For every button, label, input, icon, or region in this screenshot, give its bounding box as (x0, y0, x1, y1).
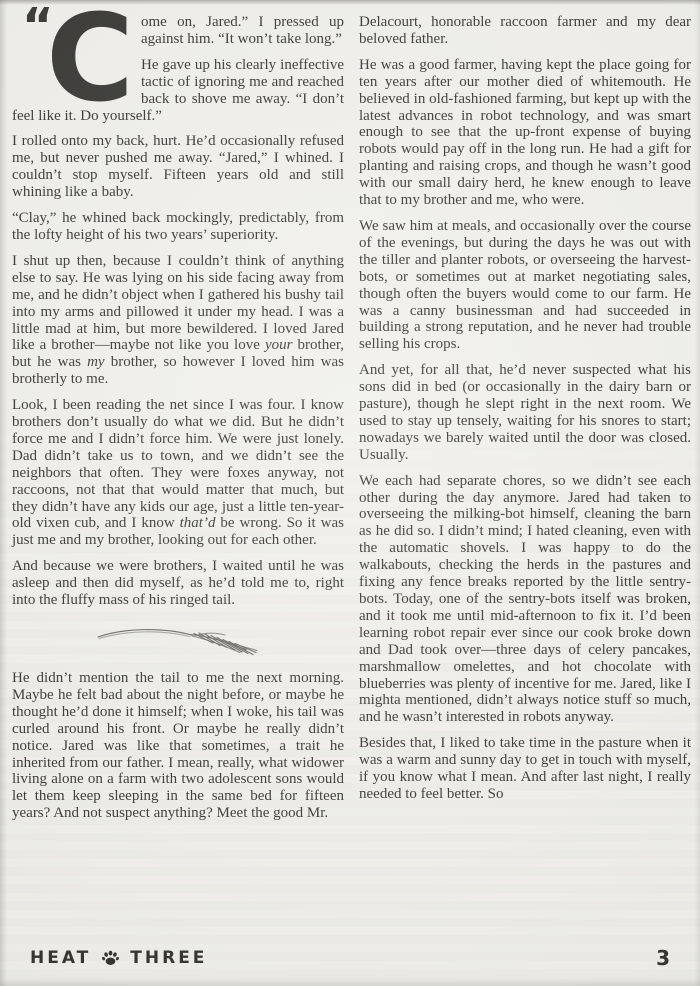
body-text: I rolled onto my back, hurt. He’d occasi… (12, 133, 344, 200)
right-column: Delacourt, honorable raccoon farmer and … (359, 14, 691, 831)
story-paragraph: He didn’t mention the tail to me the nex… (12, 670, 344, 822)
story-paragraph: And because we were brothers, I waited u… (12, 558, 344, 609)
left-column: “ C ome on, Jared.” I pressed up against… (12, 14, 344, 831)
body-text: And because we were brothers, I waited u… (12, 558, 344, 608)
body-text: Besides that, I liked to take time in th… (359, 735, 691, 802)
story-paragraph: He was a good farmer, having kept the pl… (359, 57, 691, 209)
page-number: 3 (656, 946, 670, 970)
story-paragraph: We saw him at meals, and occasionally ov… (359, 218, 691, 353)
wheat-stalk-icon (94, 618, 262, 660)
body-text: Look, I been reading the net since I was… (12, 397, 344, 531)
footer-journal-title: HEAT THREE (30, 948, 207, 968)
body-text: And yet, for all that, he’d never suspec… (359, 362, 691, 463)
journal-name: HEAT (30, 948, 91, 968)
story-paragraph: I shut up then, because I couldn’t think… (12, 253, 344, 388)
body-text: We each had separate chores, so we didn’… (359, 473, 691, 726)
drop-cap-letter: C (46, 0, 134, 120)
body-text: “Clay,” he whined back mockingly, predic… (12, 210, 344, 243)
issue-name: THREE (130, 948, 207, 968)
body-text: He didn’t mention the tail to me the nex… (12, 670, 344, 821)
story-paragraph: We each had separate chores, so we didn’… (359, 473, 691, 727)
body-text: Delacourt, honorable raccoon farmer and … (359, 14, 691, 47)
page-footer: HEAT THREE 3 (30, 946, 670, 970)
drop-cap: “ C (12, 14, 134, 104)
emphasized-text: that’d (180, 515, 216, 531)
story-paragraph: “Clay,” he whined back mockingly, predic… (12, 210, 344, 244)
story-paragraph: Look, I been reading the net since I was… (12, 397, 344, 549)
emphasized-text: your (265, 337, 293, 353)
story-paragraph: Delacourt, honorable raccoon farmer and … (359, 14, 691, 48)
two-column-text: “ C ome on, Jared.” I pressed up against… (0, 0, 700, 831)
emphasized-text: my (87, 354, 105, 370)
story-paragraph: Besides that, I liked to take time in th… (359, 735, 691, 803)
section-divider (12, 618, 344, 660)
story-paragraph: And yet, for all that, he’d never suspec… (359, 362, 691, 463)
body-text: We saw him at meals, and occasionally ov… (359, 218, 691, 352)
magazine-page: “ C ome on, Jared.” I pressed up against… (0, 0, 700, 986)
paw-icon (102, 950, 119, 966)
body-text: ome on, Jared.” I pressed up against him… (141, 14, 344, 47)
body-text: He was a good farmer, having kept the pl… (359, 57, 691, 208)
story-paragraph: I rolled onto my back, hurt. He’d occasi… (12, 133, 344, 201)
